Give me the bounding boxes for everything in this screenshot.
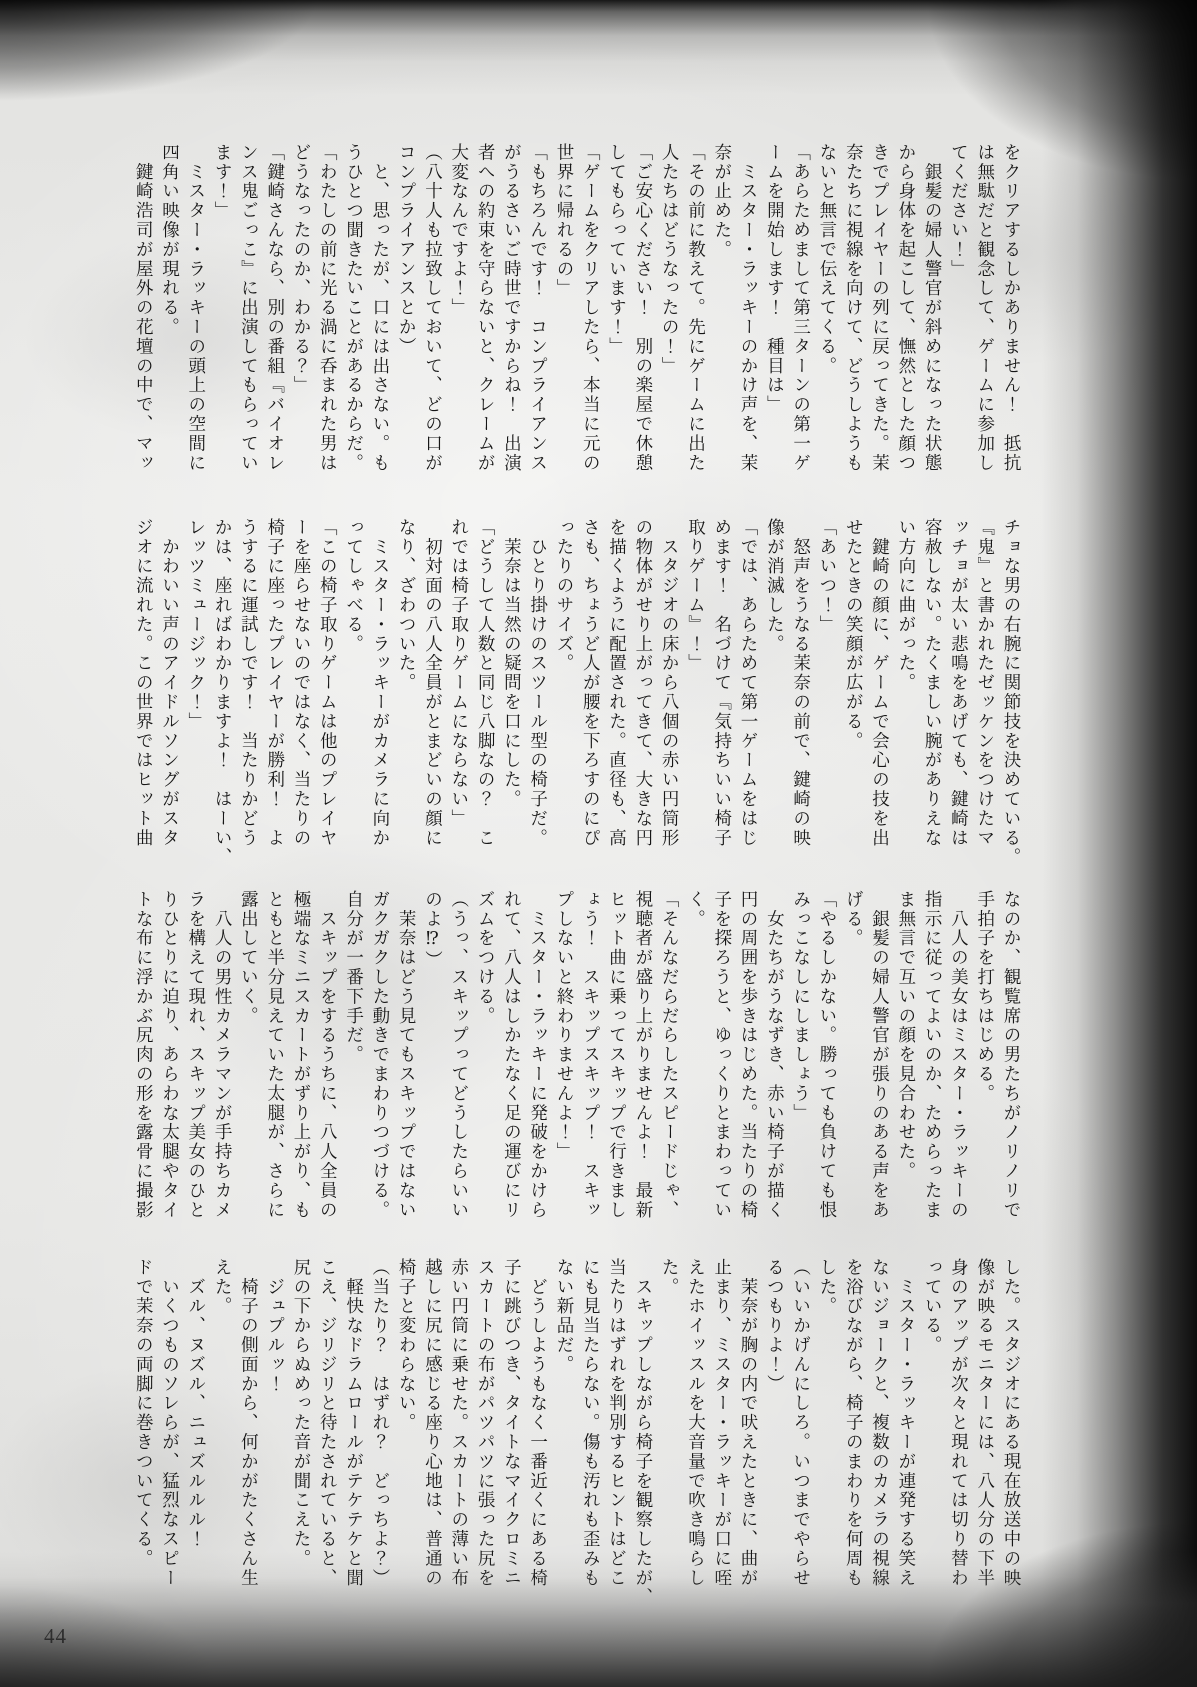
text-column: 「どうして人数と同じ八脚なの？ こ — [473, 518, 499, 870]
text-column: 怒声をうなる茉奈の前で、鍵崎の映 — [788, 518, 814, 870]
text-column: きでプレイヤーの列に戻ってきた。茉 — [867, 143, 893, 495]
text-column: っている。 — [920, 1258, 946, 1610]
text-column: 容赦しない。たくましい腕がありえな — [920, 518, 946, 870]
text-column: 鍵崎浩司が屋外の花壇の中で、マッ — [131, 143, 157, 495]
text-column: 八人の男性カメラマンが手持ちカメ — [210, 890, 236, 1242]
text-column: ラを構えて現れ、スキップ美女のひと — [184, 890, 210, 1242]
text-column: がうるさいご時世ですからね！ 出演 — [499, 143, 525, 495]
text-column: ないジョークと、複数のカメラの視線 — [867, 1258, 893, 1610]
text-column: 人たちはどうなったの！」 — [657, 143, 683, 495]
text-column: スカートの布がパツパツに張った尻を — [473, 1258, 499, 1610]
text-column: を浴びながら、椅子のまわりを何周も — [841, 1258, 867, 1610]
text-column: ひとり掛けのスツール型の椅子だ。 — [525, 518, 551, 870]
text-column: ーを座らせないのではなく、当たりの — [289, 518, 315, 870]
text-column: かわいい声のアイドルソングがスタ — [157, 518, 183, 870]
text-column: 「あいつ！」 — [815, 518, 841, 870]
text-column: （いいかげんにしろ。いつまでやらせ — [788, 1258, 814, 1610]
text-column: にも見当たらない。傷も汚れも歪みも — [578, 1258, 604, 1610]
text-column: 止まり、ミスター・ラッキーが口に咥 — [709, 1258, 735, 1610]
text-column: 視聴者が盛り上がりませんよ！ 最新 — [631, 890, 657, 1242]
text-column: ズル、ヌズル、ニュズルルル！ — [184, 1258, 210, 1610]
text-column: なのか、観覧席の男たちがノリノリで — [999, 890, 1025, 1242]
text-column: 「わたしの前に光る渦に呑まれた男は — [315, 143, 341, 495]
text-column: ッチョが太い悲鳴をあげても、鍵崎は — [946, 518, 972, 870]
text-column: てください！」 — [946, 143, 972, 495]
text-column: 銀髪の婦人警官が斜めになった状態 — [920, 143, 946, 495]
text-column: トな布に浮かぶ尻肉の形を露骨に撮影 — [131, 890, 157, 1242]
text-column: 大変なんですよ！」 — [446, 143, 472, 495]
text-column: えたホイッスルを大音量で吹き鳴らし — [683, 1258, 709, 1610]
text-column: （八十人も拉致しておいて、どの口が — [420, 143, 446, 495]
text-column: 「鍵崎さんなら、別の番組『バイオレ — [262, 143, 288, 495]
text-column: 世界に帰れるの」 — [552, 143, 578, 495]
text-column: 「やるしかない。勝っても負けても恨 — [815, 890, 841, 1242]
text-column: く。 — [683, 890, 709, 1242]
text-column: うひとつ聞きたいことがあるからだ。 — [341, 143, 367, 495]
text-column: ヒット曲に乗ってスキップで行きまし — [604, 890, 630, 1242]
text-column: ます！」 — [210, 143, 236, 495]
text-column: をクリアするしかありません！ 抵抗 — [999, 143, 1025, 495]
text-column: 「あらためまして第三ターンの第一ゲ — [788, 143, 814, 495]
text-column: スキップしながら椅子を観察したが、 — [631, 1258, 657, 1610]
text-column: さも、ちょうど人が腰を下ろすのにぴ — [578, 518, 604, 870]
text-column: 取りゲーム』！」 — [683, 518, 709, 870]
text-column: うするに運試しです！ 当たりかどう — [236, 518, 262, 870]
text-column: ジュプルッ！ — [262, 1258, 288, 1610]
text-column: ズムをつける。 — [473, 890, 499, 1242]
text-column: せたときの笑顔が広がる。 — [841, 518, 867, 870]
text-column: コンプライアンスとか） — [394, 143, 420, 495]
text-column: 自分が一番下手だ。 — [341, 890, 367, 1242]
text-column: なり、ざわついた。 — [394, 518, 420, 870]
text-column: してもらっています！」 — [604, 143, 630, 495]
text-band-2: チョな男の右腕に関節技を決めている。『鬼』と書かれたゼッケンをつけたマッチョが太… — [130, 518, 1025, 870]
text-column: スタジオの床から八個の赤い円筒形 — [657, 518, 683, 870]
text-column: ないと無言で伝えてくる。 — [815, 143, 841, 495]
text-column: 赤い円筒に乗せた。スカートの薄い布 — [446, 1258, 472, 1610]
text-column: した。 — [815, 1258, 841, 1610]
text-column: 茉奈はどう見てもスキップではない — [394, 890, 420, 1242]
text-column: ミスター・ラッキーがカメラに向か — [368, 518, 394, 870]
text-column: 身のアップが次々と現れては切り替わ — [946, 1258, 972, 1610]
text-column: ジオに流れた。この世界ではヒット曲 — [131, 518, 157, 870]
text-column: 茉奈が胸の内で吠えたときに、曲が — [736, 1258, 762, 1610]
text-column: 「ゲームをクリアしたら、本当に元の — [578, 143, 604, 495]
text-column: プしないと終わりませんよ！」 — [552, 890, 578, 1242]
text-column: と、思ったが、口には出さない。も — [368, 143, 394, 495]
text-column: レッツミュージック！」 — [184, 518, 210, 870]
text-column: 女たちがうなずき、赤い椅子が描く — [762, 890, 788, 1242]
text-column: ない新品だ。 — [552, 1258, 578, 1610]
text-column: チョな男の右腕に関節技を決めている。 — [999, 518, 1025, 870]
text-column: 指示に従ってよいのか、ためらったま — [920, 890, 946, 1242]
text-column: た。 — [657, 1258, 683, 1610]
text-column: の物体がせり上がってきて、大きな円 — [631, 518, 657, 870]
text-column: 尻の下からぬめった音が聞こえた。 — [289, 1258, 315, 1610]
text-column: 茉奈は当然の疑問を口にした。 — [499, 518, 525, 870]
text-column: えた。 — [210, 1258, 236, 1610]
text-column: ともと半分見えていた太腿が、さらに — [262, 890, 288, 1242]
text-column: 「では、あらためて第一ゲームをはじ — [736, 518, 762, 870]
text-column: りひとりに迫り、あらわな太腿やタイ — [157, 890, 183, 1242]
text-column: 軽快なドラムロールがテケテケと聞 — [341, 1258, 367, 1610]
text-column: 「ご安心ください！ 別の楽屋で休憩 — [631, 143, 657, 495]
text-column: 越しに尻に感じる座り心地は、普通の — [420, 1258, 446, 1610]
text-column: 八人の美女はミスター・ラッキーの — [946, 890, 972, 1242]
text-column: ま無言で互いの顔を見合わせた。 — [894, 890, 920, 1242]
text-column: かは、座ればわかりますよ！ はーい、 — [210, 518, 236, 870]
text-column: 椅子の側面から、何かがたくさん生 — [236, 1258, 262, 1610]
text-column: れて、八人はしかたなく足の運びにリ — [499, 890, 525, 1242]
text-column: 当たりはずれを判別するヒントはどこ — [604, 1258, 630, 1610]
text-column: 子を探ろうと、ゆっくりとまわってい — [709, 890, 735, 1242]
text-column: （当たり？ はずれ？ どっちよ？） — [368, 1258, 394, 1610]
text-column: 露出していく。 — [236, 890, 262, 1242]
page-number: 44 — [44, 1624, 67, 1649]
text-column: 子に跳びつき、タイトなマイクロミニ — [499, 1258, 525, 1610]
scanned-book-page: { "page": { "number": "44", "ink_color":… — [0, 0, 1197, 1687]
text-column: るつもりよ！） — [762, 1258, 788, 1610]
text-column: ったりのサイズ。 — [552, 518, 578, 870]
text-column: から身体を起こして、憮然とした顔つ — [894, 143, 920, 495]
text-column: 「そんなだらだらしたスピードじゃ、 — [657, 890, 683, 1242]
text-column: れでは椅子取りゲームにならない」 — [446, 518, 472, 870]
text-column: 像が消滅した。 — [762, 518, 788, 870]
text-column: を描くように配置された。直径も、高 — [604, 518, 630, 870]
text-column: どうなったのか、わかる？」 — [289, 143, 315, 495]
text-column: （うっ、スキップってどうしたらいい — [446, 890, 472, 1242]
text-column: どうしようもなく一番近くにある椅 — [525, 1258, 551, 1610]
text-column: こえ、ジリジリと待たされていると、 — [315, 1258, 341, 1610]
text-column: い方向に曲がった。 — [894, 518, 920, 870]
text-column: 者への約束を守らないと、クレームが — [473, 143, 499, 495]
text-column: 奈たちに視線を向けて、どうしようも — [841, 143, 867, 495]
text-column: 「その前に教えて。先にゲームに出た — [683, 143, 709, 495]
text-column: した。スタジオにある現在放送中の映 — [999, 1258, 1025, 1610]
text-column: 手拍子を打ちはじめる。 — [972, 890, 998, 1242]
text-column: げる。 — [841, 890, 867, 1242]
text-column: 「もちろんです！ コンプライアンス — [525, 143, 551, 495]
text-column: ミスター・ラッキーに発破をかけら — [525, 890, 551, 1242]
text-column: 「この椅子取りゲームは他のプレイヤ — [315, 518, 341, 870]
text-column: ミスター・ラッキーのかけ声を、茉 — [736, 143, 762, 495]
text-column: 初対面の八人全員がとまどいの顔に — [420, 518, 446, 870]
text-column: めます！ 名づけて『気持ちいい椅子 — [709, 518, 735, 870]
text-column: 極端なミニスカートがずり上がり、も — [289, 890, 315, 1242]
text-column: スキップをするうちに、八人全員の — [315, 890, 341, 1242]
text-column: ミスター・ラッキーが連発する笑え — [894, 1258, 920, 1610]
text-column: ガクガクした動きでまわりつづける。 — [368, 890, 394, 1242]
text-column: 奈が止めた。 — [709, 143, 735, 495]
text-column: 『鬼』と書かれたゼッケンをつけたマ — [972, 518, 998, 870]
text-column: 椅子と変わらない。 — [394, 1258, 420, 1610]
text-column: 鍵崎の顔に、ゲームで会心の技を出 — [867, 518, 893, 870]
text-column: 椅子に座ったプレイヤーが勝利！ よ — [262, 518, 288, 870]
text-column: のよ⁉） — [420, 890, 446, 1242]
text-column: ってしゃべる。 — [341, 518, 367, 870]
text-column: 四角い映像が現れる。 — [157, 143, 183, 495]
text-column: いくつものソレらが、猛烈なスピー — [157, 1258, 183, 1610]
text-column: ンス鬼ごっこ』に出演してもらってい — [236, 143, 262, 495]
text-column: ミスター・ラッキーの頭上の空間に — [184, 143, 210, 495]
text-column: ームを開始します！ 種目は」 — [762, 143, 788, 495]
text-column: ょう！ スキップスキップ！ スキッ — [578, 890, 604, 1242]
text-column: は無駄だと観念して、ゲームに参加し — [972, 143, 998, 495]
text-column: 銀髪の婦人警官が張りのある声をあ — [867, 890, 893, 1242]
text-band-3: なのか、観覧席の男たちがノリノリで手拍子を打ちはじめる。 八人の美女はミスター・… — [130, 890, 1025, 1242]
text-band-1: をクリアするしかありません！ 抵抗は無駄だと観念して、ゲームに参加してください！… — [130, 143, 1025, 495]
text-band-4: した。スタジオにある現在放送中の映像が映るモニターには、八人分の下半身のアップが… — [130, 1258, 1025, 1610]
text-column: 円の周囲を歩きはじめた。当たりの椅 — [736, 890, 762, 1242]
text-column: ドで茉奈の両脚に巻きついてくる。 — [131, 1258, 157, 1610]
text-column: 像が映るモニターには、八人分の下半 — [972, 1258, 998, 1610]
text-column: みっこなしにしましょう」 — [788, 890, 814, 1242]
